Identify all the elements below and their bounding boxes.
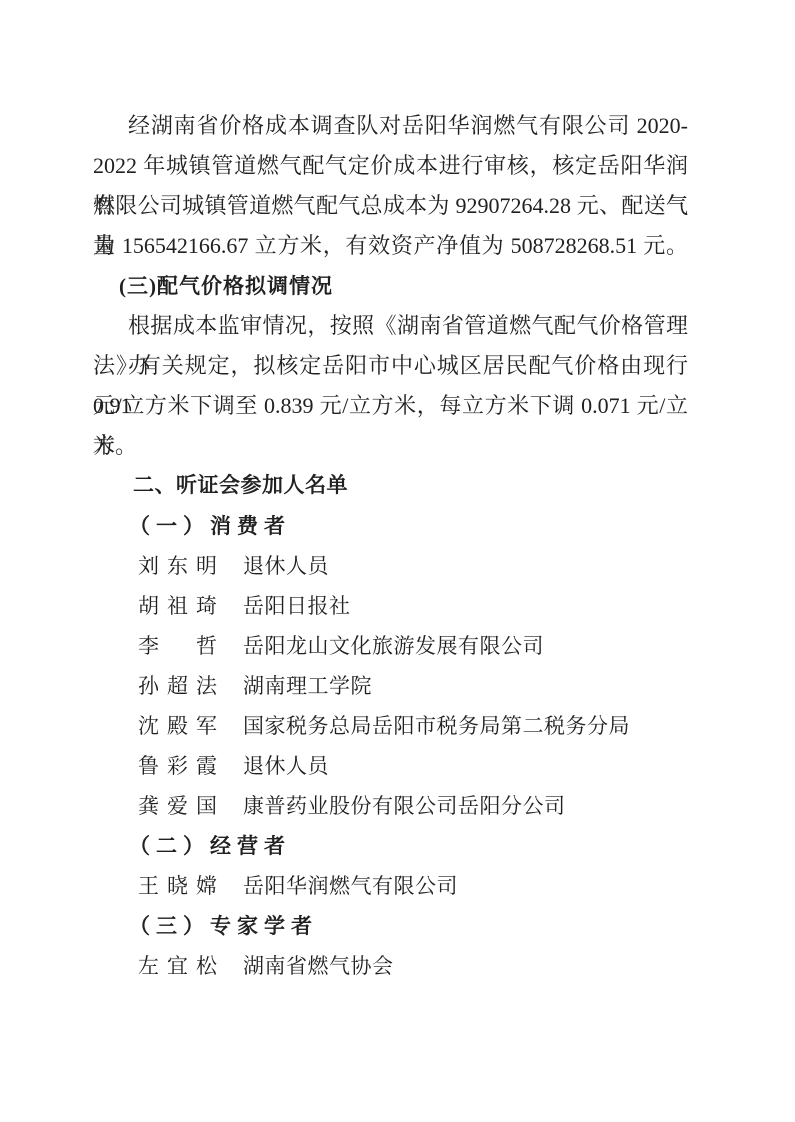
paragraph-line: 有限公司城镇管道燃气配气总成本为 92907264.28 元、配送气量	[93, 186, 688, 226]
subsection-heading-experts: （三）专家学者	[93, 906, 688, 946]
participant-row: 胡祖琦 岳阳日报社	[93, 586, 688, 626]
document-content: 经湖南省价格成本调查队对岳阳华润燃气有限公司 2020- 2022 年城镇管道燃…	[93, 106, 688, 986]
paragraph-line: 米。	[93, 426, 688, 466]
document-page: 经湖南省价格成本调查队对岳阳华润燃气有限公司 2020- 2022 年城镇管道燃…	[0, 0, 795, 1122]
paragraph-line: 经湖南省价格成本调查队对岳阳华润燃气有限公司 2020-	[93, 106, 688, 146]
participant-name: 左宜松	[138, 946, 243, 986]
subsection-heading-consumers: （一）消费者	[93, 506, 688, 546]
heading-pricing-adjustment: (三)配气价格拟调情况	[93, 266, 688, 306]
participant-affiliation: 岳阳龙山文化旅游发展有限公司	[243, 626, 544, 666]
participant-affiliation: 国家税务总局岳阳市税务局第二税务分局	[243, 706, 630, 746]
participant-row: 左宜松 湖南省燃气协会	[93, 946, 688, 986]
participant-row: 龚爱国 康普药业股份有限公司岳阳分公司	[93, 786, 688, 826]
participant-affiliation: 湖南理工学院	[243, 666, 372, 706]
paragraph-cost-review: 经湖南省价格成本调查队对岳阳华润燃气有限公司 2020- 2022 年城镇管道燃…	[93, 106, 688, 266]
participant-affiliation: 康普药业股份有限公司岳阳分公司	[243, 786, 566, 826]
participant-name: 王晓嫦	[138, 866, 243, 906]
participant-affiliation: 湖南省燃气协会	[243, 946, 394, 986]
participant-row: 鲁彩霞 退休人员	[93, 746, 688, 786]
participant-row: 孙超法 湖南理工学院	[93, 666, 688, 706]
participant-affiliation: 退休人员	[243, 546, 329, 586]
paragraph-line: 元/立方米下调至 0.839 元/立方米，每立方米下调 0.071 元/立方	[93, 386, 688, 426]
participant-name: 李 哲	[138, 626, 243, 666]
operator-list: 王晓嫦 岳阳华润燃气有限公司	[93, 866, 688, 906]
participant-name: 刘东明	[138, 546, 243, 586]
participant-name: 鲁彩霞	[138, 746, 243, 786]
participant-row: 沈殿军 国家税务总局岳阳市税务局第二税务分局	[93, 706, 688, 746]
section-heading-hearing-participants: 二、听证会参加人名单	[93, 466, 688, 506]
paragraph-line: 根据成本监审情况，按照《湖南省管道燃气配气价格管理办	[93, 306, 688, 346]
paragraph-line: 为 156542166.67 立方米，有效资产净值为 508728268.51 …	[93, 226, 688, 266]
participant-affiliation: 岳阳华润燃气有限公司	[243, 866, 458, 906]
participant-name: 沈殿军	[138, 706, 243, 746]
participant-row: 刘东明 退休人员	[93, 546, 688, 586]
subsection-heading-operators: （二）经营者	[93, 826, 688, 866]
consumer-list: 刘东明 退休人员 胡祖琦 岳阳日报社 李 哲 岳阳龙山文化旅游发展有限公司 孙超…	[93, 546, 688, 826]
participant-name: 胡祖琦	[138, 586, 243, 626]
paragraph-pricing-adjustment: 根据成本监审情况，按照《湖南省管道燃气配气价格管理办 法》有关规定，拟核定岳阳市…	[93, 306, 688, 466]
paragraph-line: 2022 年城镇管道燃气配气定价成本进行审核，核定岳阳华润燃气	[93, 146, 688, 186]
expert-list: 左宜松 湖南省燃气协会	[93, 946, 688, 986]
participant-row: 王晓嫦 岳阳华润燃气有限公司	[93, 866, 688, 906]
participant-affiliation: 退休人员	[243, 746, 329, 786]
participant-name: 龚爱国	[138, 786, 243, 826]
participant-row: 李 哲 岳阳龙山文化旅游发展有限公司	[93, 626, 688, 666]
participant-name: 孙超法	[138, 666, 243, 706]
participant-affiliation: 岳阳日报社	[243, 586, 351, 626]
paragraph-line: 法》有关规定，拟核定岳阳市中心城区居民配气价格由现行 0.91	[93, 346, 688, 386]
